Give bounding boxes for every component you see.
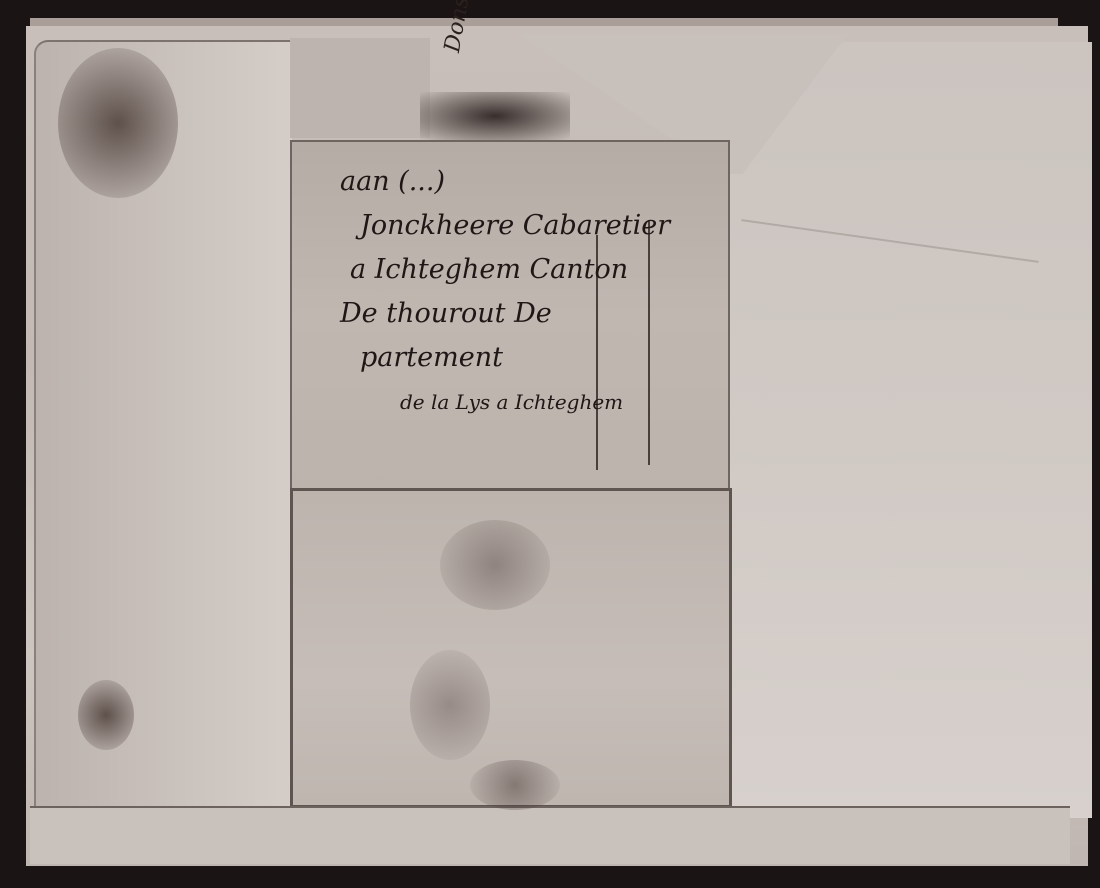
address-line-2: Jonckheere Cabaretier xyxy=(340,204,730,248)
address-line-5: partement xyxy=(340,336,730,380)
address-line-6: de la Lys a Ichteghem xyxy=(340,380,730,424)
wax-seal-stain xyxy=(420,92,570,140)
top-fold-flap-left xyxy=(290,38,430,138)
water-stain-lower xyxy=(410,650,490,760)
water-stain-center xyxy=(440,520,550,610)
address-line-4: De thourout De xyxy=(340,292,730,336)
letter-photograph: Dons aan (...) Jonckheere Cabaretier a I… xyxy=(0,0,1100,888)
right-fold-flap xyxy=(728,42,1092,818)
ink-blot-bottom-center xyxy=(470,760,560,810)
address-line-1: aan (...) xyxy=(340,160,730,204)
handwritten-address: aan (...) Jonckheere Cabaretier a Ichteg… xyxy=(340,160,730,424)
ink-stain-top-left xyxy=(58,48,178,198)
bottom-fold-strip xyxy=(30,806,1070,864)
address-line-3: a Ichteghem Canton xyxy=(340,248,730,292)
ink-stain-bottom-left xyxy=(78,680,134,750)
